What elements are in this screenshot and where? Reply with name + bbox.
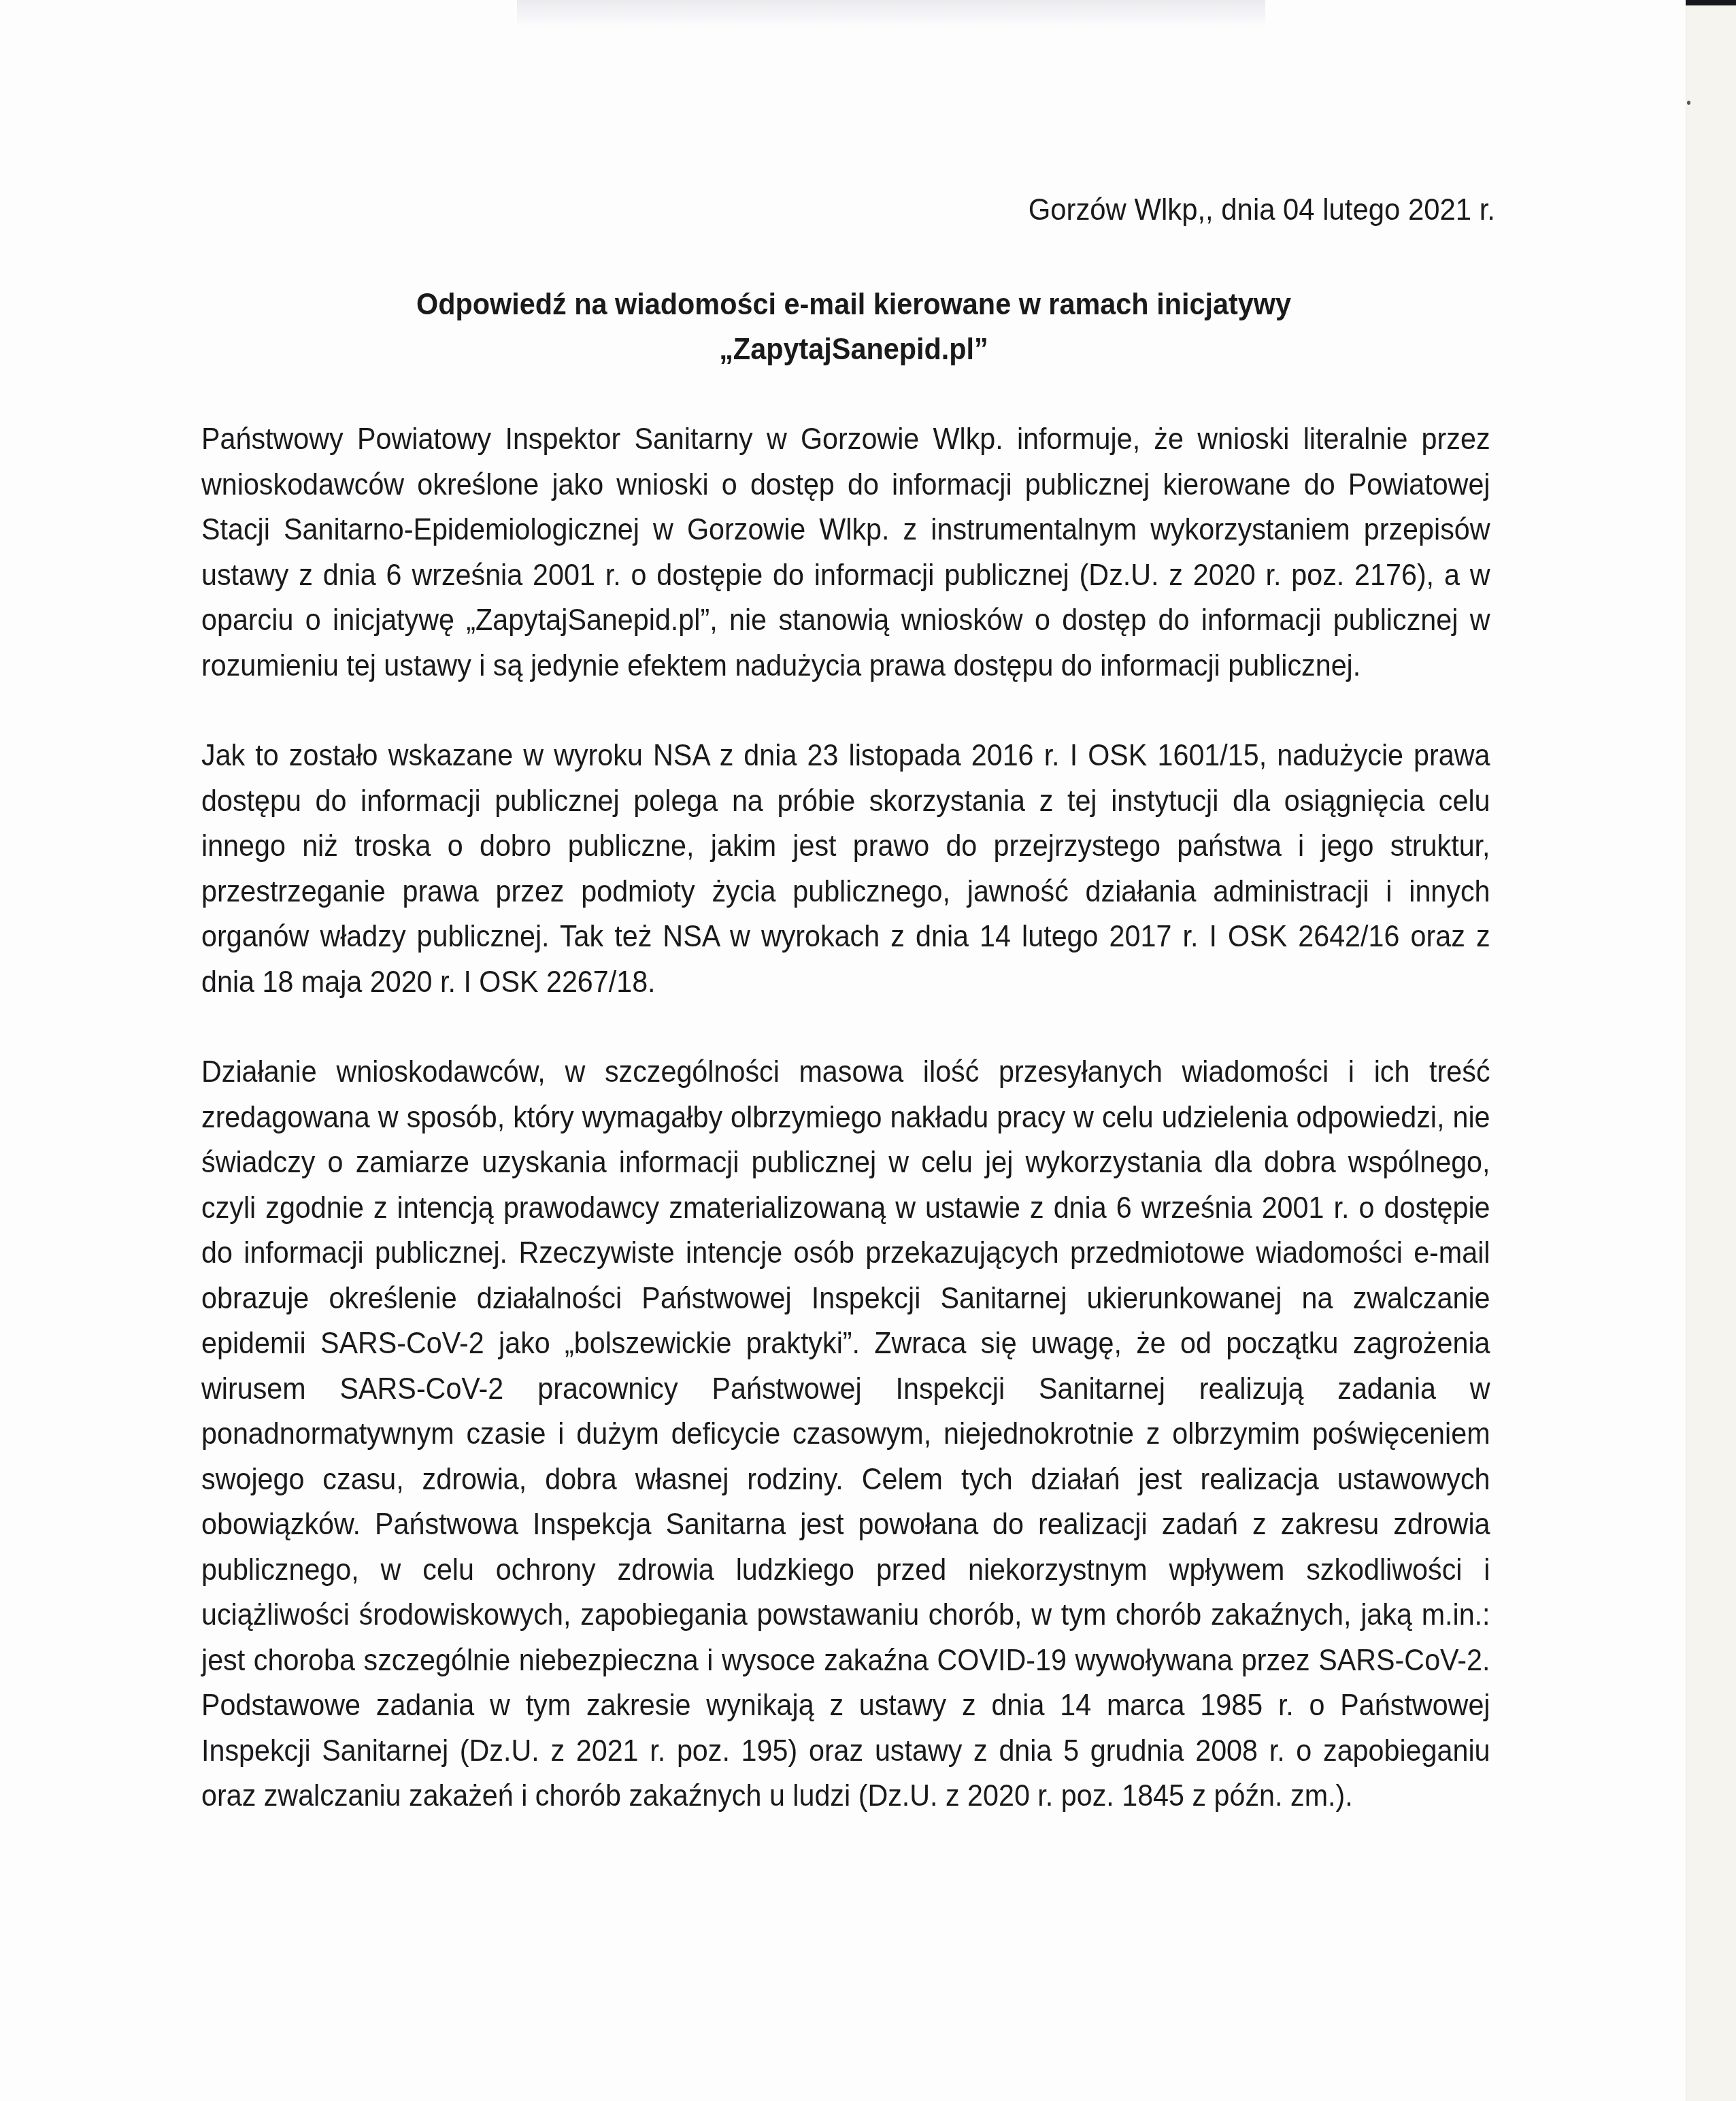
scan-speck	[1687, 101, 1690, 105]
paragraph-3: Działanie wnioskodawców, w szczególności…	[201, 1049, 1490, 1819]
title-line-2: „ZapytajSanepid.pl”	[256, 327, 1451, 371]
paragraph-1: Państwowy Powiatowy Inspektor Sanitarny …	[201, 416, 1490, 688]
paragraph-2: Jak to zostało wskazane w wyroku NSA z d…	[201, 733, 1490, 1004]
scan-edge-band	[1686, 0, 1736, 5]
document-title: Odpowiedź na wiadomości e-mail kierowane…	[256, 282, 1451, 371]
title-line-1: Odpowiedź na wiadomości e-mail kierowane…	[256, 282, 1451, 327]
document-body: Państwowy Powiatowy Inspektor Sanitarny …	[201, 416, 1490, 1819]
document-date: Gorzów Wlkp,, dnia 04 lutego 2021 r.	[1029, 192, 1495, 227]
scan-artifact-top	[517, 0, 1265, 27]
scan-edge-strip	[1686, 0, 1736, 2101]
